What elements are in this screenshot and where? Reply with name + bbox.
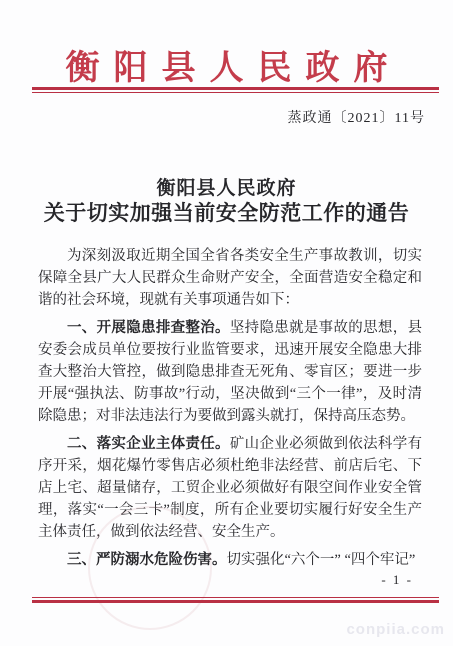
body-paragraph-section-2: 二、落实企业主体责任。矿山企业必须做到依法科学有序开采，烟花爆竹零售店必须杜绝非…: [38, 433, 422, 543]
scan-watermark: conpiia.com: [346, 621, 445, 638]
letterhead-rule-thin-line: [32, 92, 439, 93]
notice-title-line2: 关于切实加强当前安全防范工作的通告: [0, 197, 453, 227]
letterhead-agency-name: 衡阳县人民政府: [0, 40, 453, 89]
paragraph-lead: 二、落实企业主体责任。: [67, 436, 230, 452]
notice-title-line1: 衡阳县人民政府: [0, 173, 453, 200]
page-number: - 1 -: [381, 572, 413, 588]
paragraph-text: 切实强化“六个一” “四个牢记”: [227, 552, 416, 568]
footer-rule: [32, 597, 439, 603]
body-paragraph-intro: 为深刻汲取近期全国全省各类安全生产事故教训，切实保障全县广大人民群众生命财产安全…: [38, 245, 422, 311]
paragraph-text: 为深刻汲取近期全国全省各类安全生产事故教训，切实保障全县广大人民群众生命财产安全…: [38, 248, 422, 308]
seal-bleedthrough-circle: [88, 506, 212, 630]
letterhead-rule: [32, 87, 439, 93]
notice-body: 为深刻汲取近期全国全省各类安全生产事故教训，切实保障全县广大人民群众生命财产安全…: [38, 245, 422, 577]
scanned-document-page: 衡阳县人民政府 蒸政通〔2021〕11号 衡阳县人民政府 关于切实加强当前安全防…: [0, 0, 453, 646]
document-number: 蒸政通〔2021〕11号: [288, 107, 425, 127]
body-paragraph-section-1: 一、开展隐患排查整治。坚持隐患就是事故的思想，县安委会成员单位要按行业监管要求，…: [38, 317, 422, 427]
paragraph-lead: 一、开展隐患排查整治。: [67, 320, 230, 336]
footer-rule-thick-line: [32, 600, 439, 603]
